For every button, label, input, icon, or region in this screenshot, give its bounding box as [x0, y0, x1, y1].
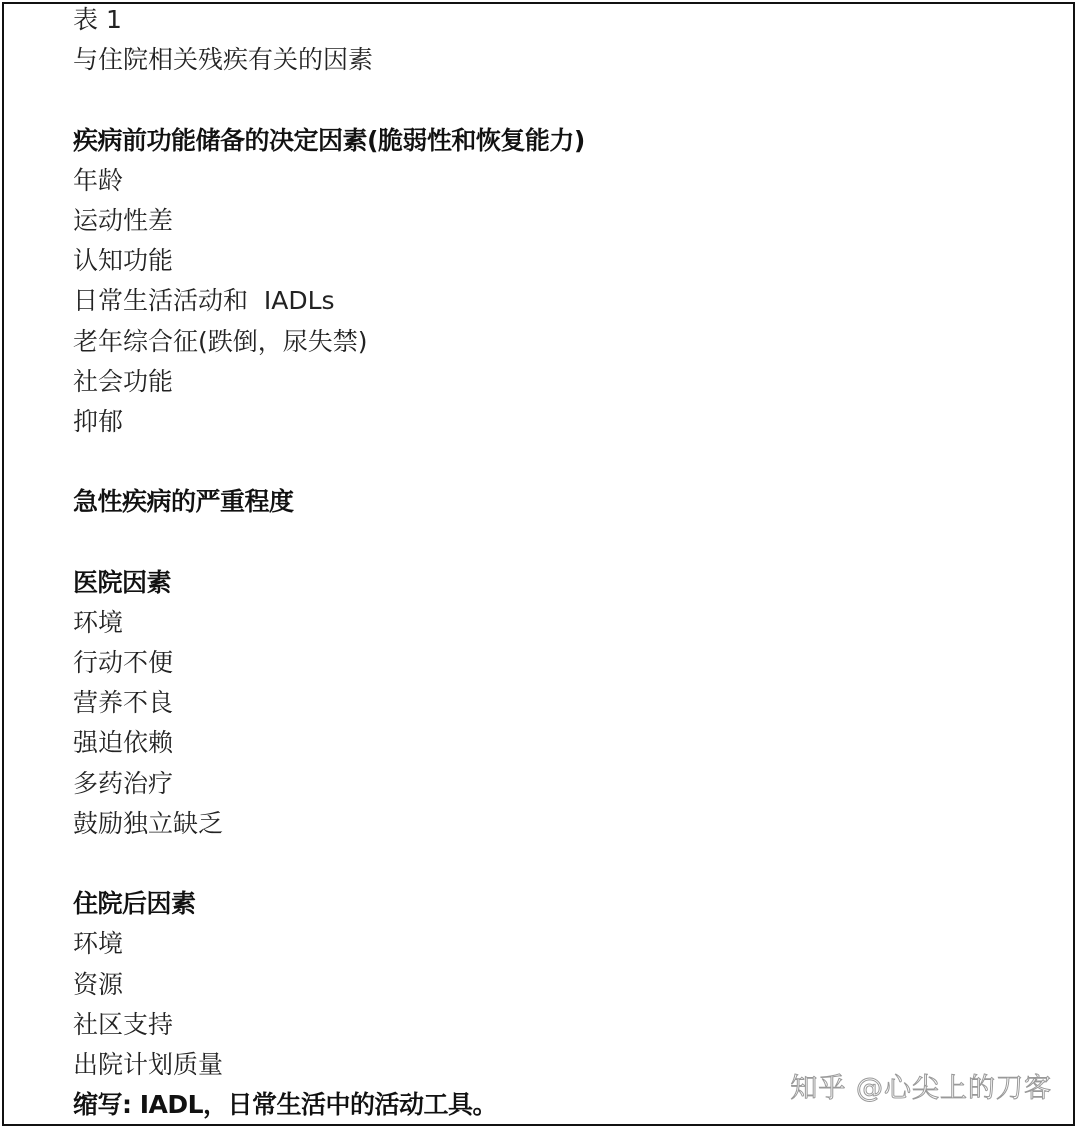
list-item: 环境 — [73, 924, 585, 964]
list-item: 日常生活活动和 IADLs — [73, 281, 585, 321]
list-item: 老年综合征(跌倒，尿失禁) — [73, 322, 585, 362]
list-item: 行动不便 — [73, 643, 585, 683]
table-content: 表 1 与住院相关残疾有关的因素 疾病前功能储备的决定因素(脆弱性和恢复能力) … — [73, 0, 585, 1125]
section-heading-hospital: 医院因素 — [73, 563, 585, 603]
list-item: 多药治疗 — [73, 764, 585, 804]
list-item: 认知功能 — [73, 241, 585, 281]
list-item: 资源 — [73, 965, 585, 1005]
list-item: 营养不良 — [73, 683, 585, 723]
list-item: 鼓励独立缺乏 — [73, 804, 585, 844]
section-heading-pre-illness: 疾病前功能储备的决定因素(脆弱性和恢复能力) — [73, 121, 585, 161]
table-title: 与住院相关残疾有关的因素 — [73, 40, 585, 80]
list-item: 强迫依赖 — [73, 723, 585, 763]
section-heading-post-hospital: 住院后因素 — [73, 884, 585, 924]
watermark: 知乎 @心尖上的刀客 — [790, 1066, 1052, 1105]
list-item: 环境 — [73, 603, 585, 643]
list-item: 出院计划质量 — [73, 1045, 585, 1085]
list-item: 抑郁 — [73, 402, 585, 442]
list-item: 年龄 — [73, 161, 585, 201]
section-heading-severity: 急性疾病的严重程度 — [73, 482, 585, 522]
table-label: 表 1 — [73, 0, 585, 40]
list-item: 社区支持 — [73, 1005, 585, 1045]
list-item: 社会功能 — [73, 362, 585, 402]
list-item: 运动性差 — [73, 201, 585, 241]
footnote: 缩写: IADL，日常生活中的活动工具。 — [73, 1085, 585, 1125]
